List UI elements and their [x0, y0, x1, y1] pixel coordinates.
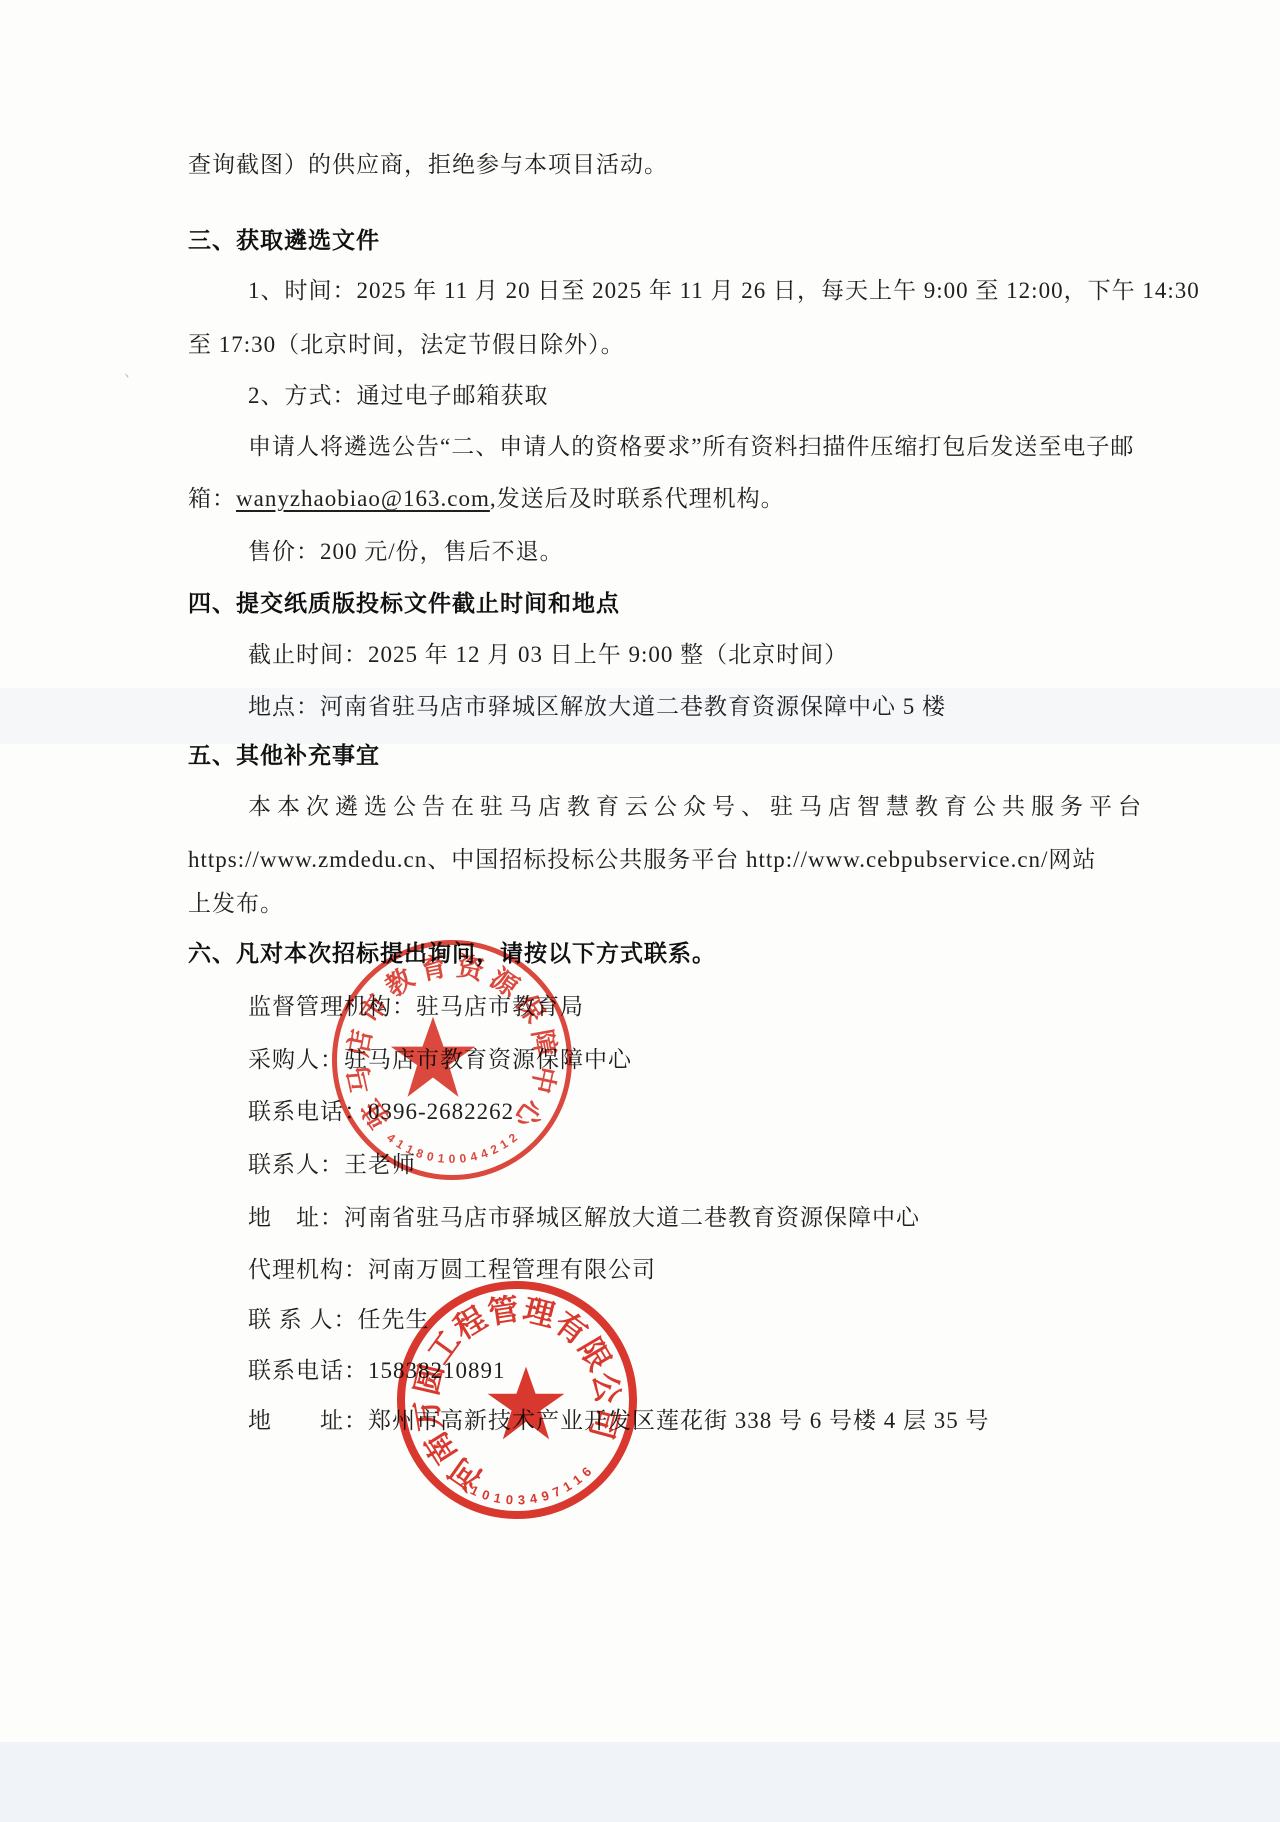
- doc-line-address-1: 地 址：河南省驻马店市驿城区解放大道二巷教育资源保障中心: [248, 1199, 920, 1232]
- seal-code-digit: 0: [425, 1149, 435, 1164]
- seal-code-digit: 1: [570, 1472, 585, 1488]
- doc-heading-section-4: 四、提交纸质版投标文件截止时间和地点: [188, 585, 620, 618]
- doc-line-contact-1: 联系人：王老师: [248, 1146, 416, 1179]
- email-address: wanyzhaobiao@163.com: [236, 486, 490, 511]
- email-suffix: ,发送后及时联系代理机构。: [490, 486, 785, 511]
- seal-code-digit: 4: [457, 1477, 471, 1494]
- doc-line-intro: 查询截图）的供应商，拒绝参与本项目活动。: [188, 146, 668, 179]
- doc-line-publish: 本本次遴选公告在驻马店教育云公众号、驻马店智慧教育公共服务平台: [248, 788, 1147, 821]
- seal-code-digit: 4: [479, 1146, 490, 1161]
- seal-code-digit: 4: [529, 1491, 539, 1507]
- seal-ring-char: 程: [444, 1293, 494, 1348]
- doc-line-phone-2: 联系电话：15838210891: [248, 1352, 506, 1385]
- doc-line-address-2: 地 址：郑州市高新技术产业开发区莲花街 338 号 6 号楼 4 层 35 号: [248, 1402, 990, 1435]
- doc-heading-section-5: 五、其他补充事宜: [188, 737, 380, 770]
- seal-code-digit: 1: [468, 1482, 481, 1499]
- seal-code-digit: 2: [488, 1142, 500, 1158]
- seal-code-digit: 9: [540, 1488, 551, 1504]
- seal-code-digit: 2: [506, 1130, 520, 1145]
- seal-code-digit: 6: [579, 1464, 595, 1480]
- doc-line-email: 箱：wanyzhaobiao@163.com,发送后及时联系代理机构。: [188, 480, 785, 513]
- seal-code-digit: 0: [505, 1492, 513, 1508]
- doc-line-time: 1、时间：2025 年 11 月 20 日至 2025 年 11 月 26 日，…: [248, 272, 1200, 305]
- seal-ring-char: 理: [519, 1284, 560, 1335]
- doc-line-deadline: 截止时间：2025 年 12 月 03 日上午 9:00 整（北京时间）: [248, 636, 848, 669]
- seal-code-digit: 1: [560, 1478, 574, 1495]
- scan-tint-band: [0, 1742, 1280, 1822]
- seal-code-digit: 7: [550, 1484, 563, 1501]
- doc-line-agency: 代理机构：河南万圆工程管理有限公司: [248, 1251, 656, 1284]
- doc-line-phone-1: 联系电话：0396-2682262: [248, 1093, 514, 1126]
- seal-ring-char: 公: [585, 1369, 634, 1406]
- doc-line-purchaser: 采购人：驻马店市教育资源保障中心: [248, 1041, 632, 1074]
- seal-code-digit: 1: [437, 1151, 445, 1166]
- seal-ring-char: 有: [547, 1298, 599, 1353]
- seal-code-digit: 0: [449, 1152, 456, 1166]
- doc-line-method: 2、方式：通过电子邮箱获取: [248, 377, 549, 410]
- agency-seal: 河南万圆工程管理有限公司410103497116: [397, 1281, 637, 1519]
- email-prefix: 箱：: [188, 486, 236, 511]
- doc-heading-section-3: 三、获取遴选文件: [188, 222, 380, 255]
- doc-line-supervisor: 监督管理机构：驻马店市教育局: [248, 988, 584, 1021]
- seal-ring-char: 河: [438, 1449, 489, 1504]
- seal-ring-char: 管: [484, 1283, 521, 1332]
- doc-line-price: 售价：200 元/份，售后不退。: [248, 533, 564, 566]
- doc-line-urls: https://www.zmdedu.cn、中国招标投标公共服务平台 http:…: [188, 841, 1096, 874]
- doc-line-location: 地点：河南省驻马店市驿城区解放大道二巷教育资源保障中心 5 楼: [248, 688, 946, 721]
- doc-line-apply: 申请人将遴选公告“二、申请人的资格要求”所有资料扫描件压缩打包后发送至电子邮: [248, 428, 1134, 461]
- seal-code-digit: 0: [459, 1151, 467, 1166]
- seal-code-digit: 1: [497, 1137, 510, 1152]
- seal-code-digit: 1: [492, 1490, 502, 1506]
- seal-ring-char: 限: [570, 1328, 625, 1378]
- scan-artifact: 、: [124, 360, 139, 381]
- scanned-document-page: 查询截图）的供应商，拒绝参与本项目活动。 三、获取遴选文件 1、时间：2025 …: [0, 0, 1280, 1822]
- doc-line-contact-2: 联 系 人：任先生: [248, 1301, 430, 1334]
- seal-code-digit: 0: [480, 1487, 492, 1504]
- doc-heading-section-6: 六、凡对本次招标提出询问，请按以下方式联系。: [188, 935, 716, 968]
- seal-code-digit: 4: [384, 1130, 398, 1145]
- doc-line-time-cont: 至 17:30（北京时间，法定节假日除外）。: [188, 326, 625, 359]
- seal-code-digit: 3: [517, 1492, 525, 1507]
- doc-line-publish-end: 上发布。: [188, 885, 284, 918]
- seal-code-digit: 4: [469, 1149, 479, 1164]
